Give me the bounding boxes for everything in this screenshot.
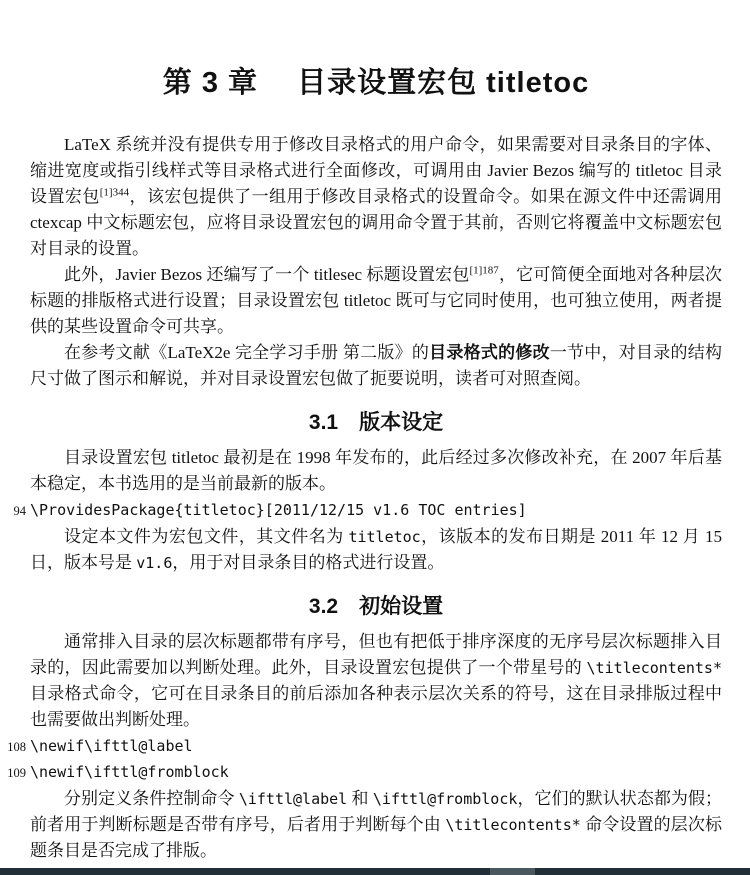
code-line-number: 94 xyxy=(4,500,26,522)
section-heading-3-1: 3.1 版本设定 xyxy=(30,408,722,438)
paragraph-text: 在参考文献《LaTeX2e 完全学习手册 第二版》的 xyxy=(64,343,429,362)
taskbar-active-window-indicator[interactable] xyxy=(490,868,535,875)
paragraph-section31-1: 目录设置宏包 titletoc 最初是在 1998 年发布的，此后经过多次修改补… xyxy=(30,445,722,497)
inline-code: titletoc xyxy=(348,528,420,546)
code-line: 108\newif\ifttl@label xyxy=(30,734,722,759)
code-text: \newif\ifttl@fromblock xyxy=(30,763,229,781)
bold-term: 目录格式的修改 xyxy=(429,343,550,362)
citation-superscript: [1]344 xyxy=(100,186,129,198)
paragraph-intro-3: 在参考文献《LaTeX2e 完全学习手册 第二版》的目录格式的修改一节中，对目录… xyxy=(30,340,722,392)
chapter-title: 第 3 章 目录设置宏包 titletoc xyxy=(30,64,722,102)
taskbar[interactable] xyxy=(0,868,750,875)
paragraph-text: 和 xyxy=(347,789,373,808)
code-line: 109\newif\ifttl@fromblock xyxy=(30,760,722,785)
code-line-number: 109 xyxy=(4,762,26,784)
inline-code: \ifttl@fromblock xyxy=(373,790,518,808)
document-page: 第 3 章 目录设置宏包 titletoc LaTeX 系统并没有提供专用于修改… xyxy=(0,0,750,864)
inline-code: \ifttl@label xyxy=(239,790,347,808)
code-text: \newif\ifttl@label xyxy=(30,737,193,755)
citation-superscript: [1]187 xyxy=(469,264,498,276)
paragraph-section31-2: 设定本文件为宏包文件，其文件名为 titletoc，该版本的发布日期是 2011… xyxy=(30,524,722,576)
paragraph-intro-2: 此外，Javier Bezos 还编写了一个 titlesec 标题设置宏包[1… xyxy=(30,262,722,340)
paragraph-text: ，用于对目录条目的格式进行设置。 xyxy=(172,553,444,572)
screenshot-root: { "chapter": { "title": "第 3 章 目录设置宏包 ti… xyxy=(0,0,750,875)
paragraph-text: 分别定义条件控制命令 xyxy=(64,789,239,808)
code-line-number: 108 xyxy=(4,736,26,758)
paragraph-section32-1: 通常排入目录的层次标题都带有序号，但也有把低于排序深度的无序号层次标题排入目录的… xyxy=(30,629,722,733)
paragraph-text: 此外，Javier Bezos 还编写了一个 titlesec 标题设置宏包 xyxy=(64,265,469,284)
inline-code: \titlecontents* xyxy=(445,816,580,834)
section-heading-3-2: 3.2 初始设置 xyxy=(30,592,722,622)
inline-code: v1.6 xyxy=(136,554,172,572)
paragraph-text: 设定本文件为宏包文件，其文件名为 xyxy=(64,527,348,546)
inline-code: \titlecontents* xyxy=(587,659,722,677)
paragraph-section32-2: 分别定义条件控制命令 \ifttl@label 和 \ifttl@fromblo… xyxy=(30,786,722,864)
code-text: \ProvidesPackage{titletoc}[2011/12/15 v1… xyxy=(30,501,527,519)
paragraph-text: ，该宏包提供了一组用于修改目录格式的设置命令。如果在源文件中还需调用 ctexc… xyxy=(30,187,722,258)
paragraph-text: 目录格式命令，它可在目录条目的前后添加各种表示层次关系的符号，这在目录排版过程中… xyxy=(30,684,722,729)
paragraph-intro-1: LaTeX 系统并没有提供专用于修改目录格式的用户命令，如果需要对目录条目的字体… xyxy=(30,132,722,262)
code-line: 94\ProvidesPackage{titletoc}[2011/12/15 … xyxy=(30,498,722,523)
